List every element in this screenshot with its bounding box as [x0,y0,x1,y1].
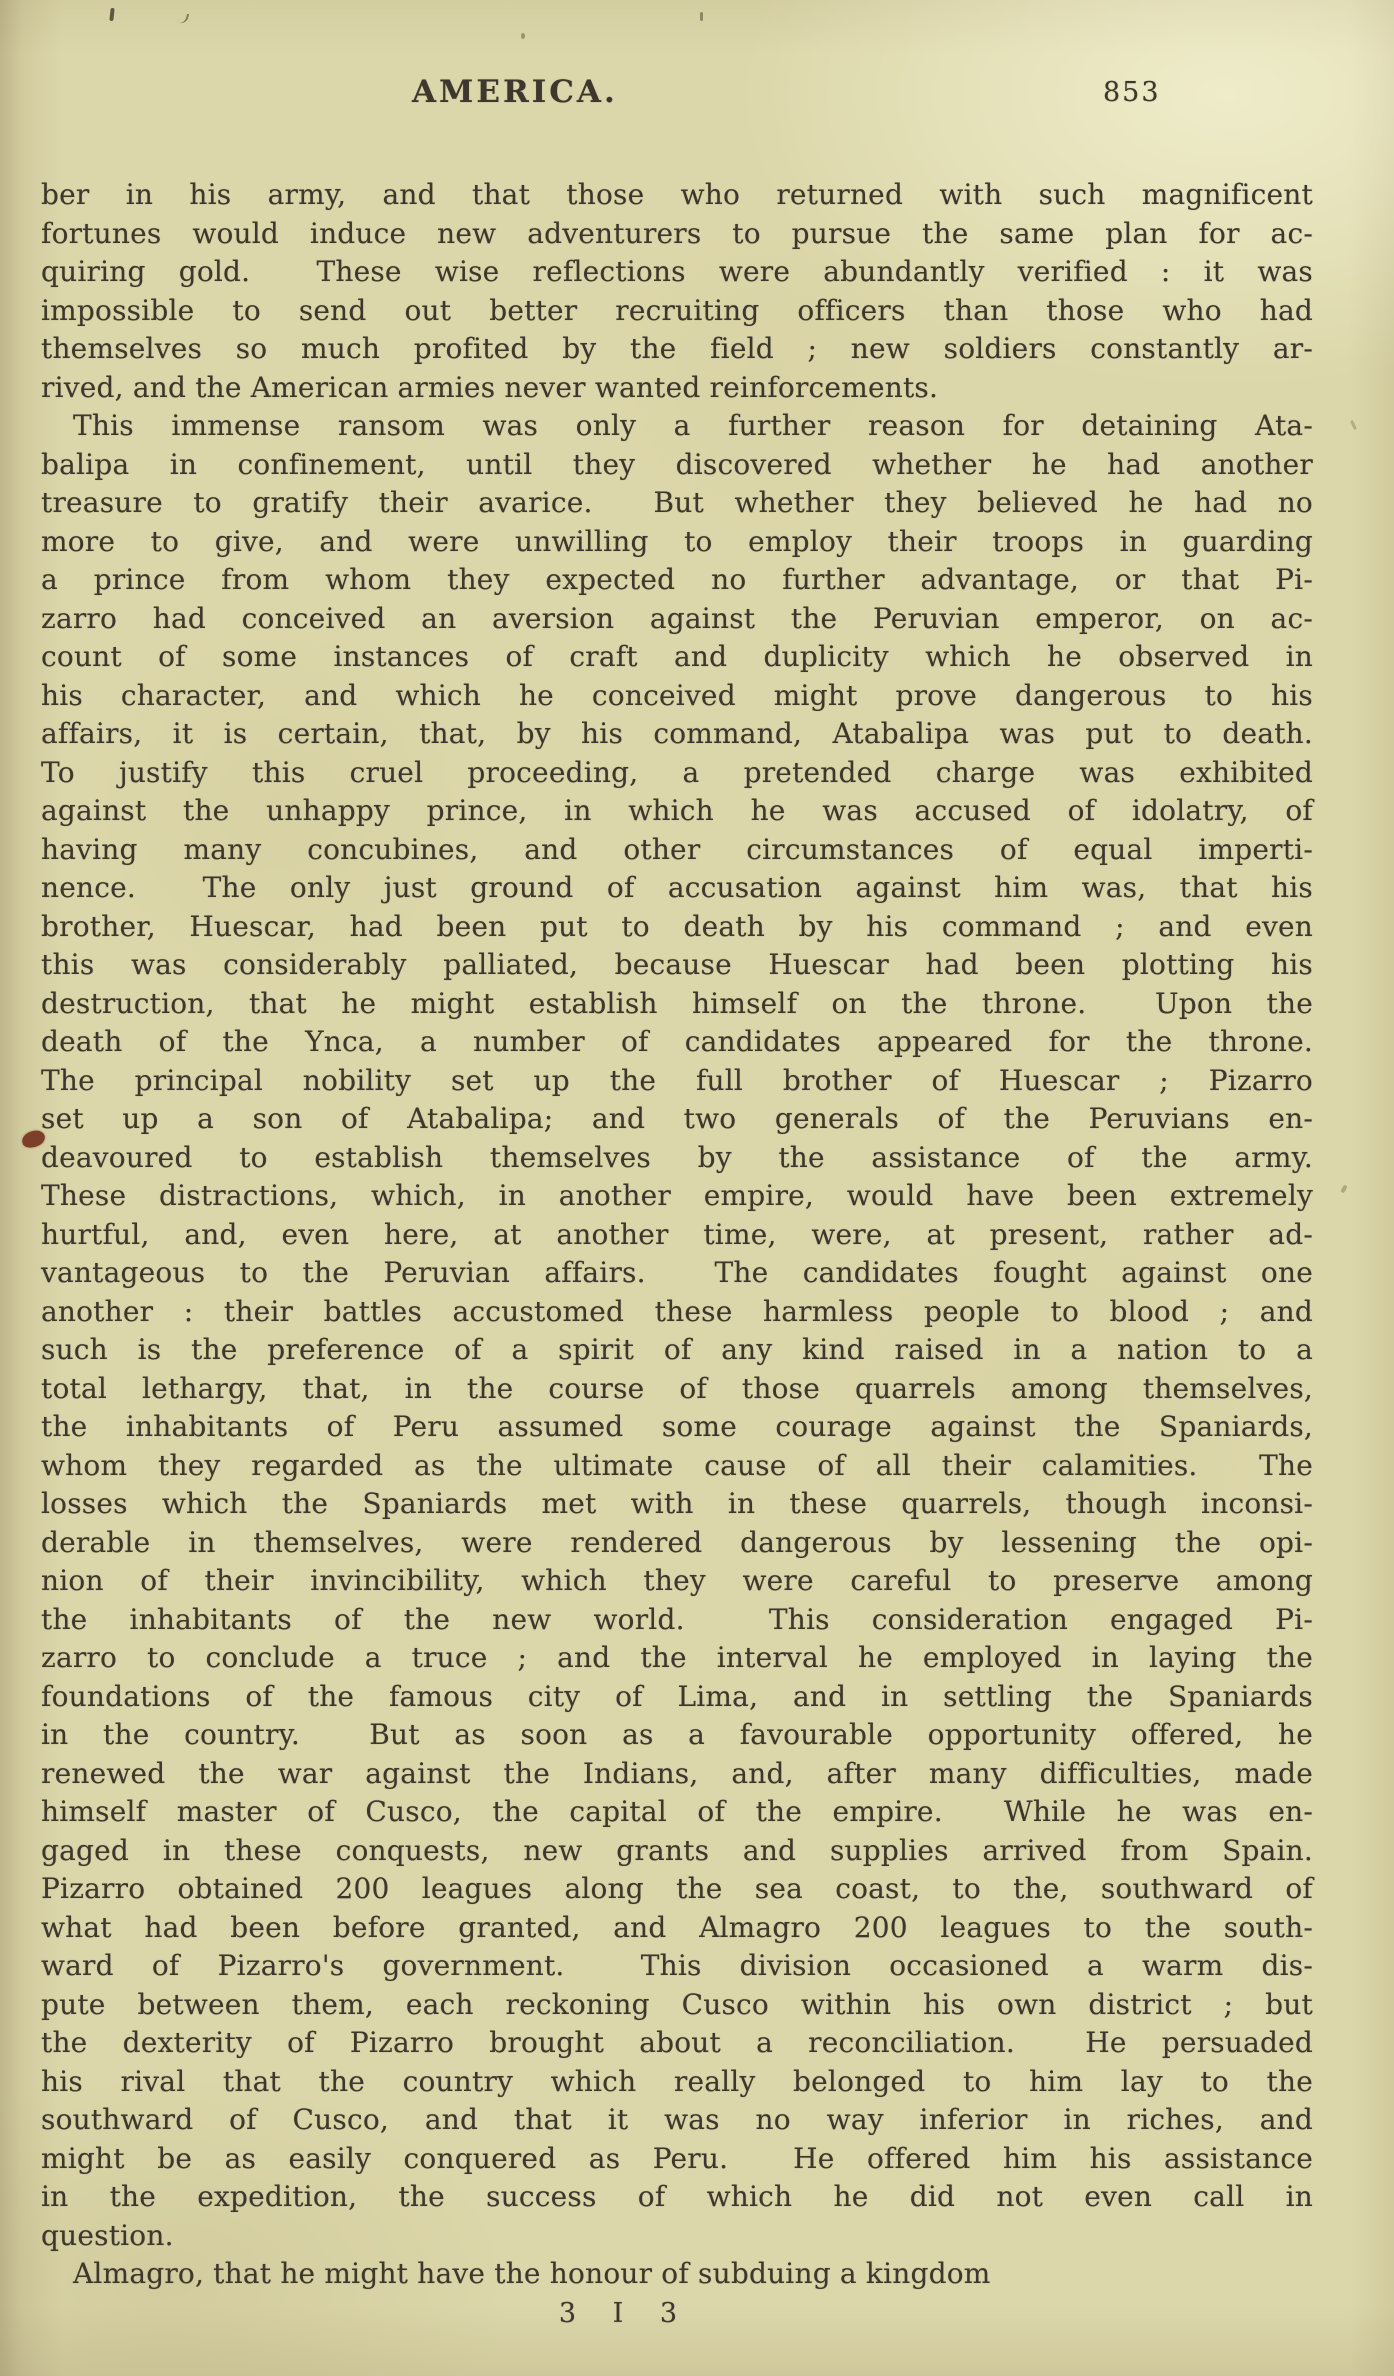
text-line: southward of Cusco, and that it was no w… [41,2101,1313,2140]
text-line: gaged in these conquests, new grants and… [41,1832,1313,1871]
scan-artifact-speck [521,33,525,39]
text-line: destruction, that he might establish him… [41,985,1313,1024]
text-line: Pizarro obtained 200 leagues along the s… [41,1870,1313,1909]
text-line: ber in his army, and that those who retu… [41,176,1313,215]
text-line: affairs, it is certain, that, by his com… [41,715,1313,754]
paragraph: Almagro, that he might have the honour o… [41,2255,1313,2294]
text-line: zarro had conceived an aversion against … [41,600,1313,639]
text-line: This immense ransom was only a further r… [41,407,1313,446]
text-line: rived, and the American armies never wan… [41,369,1313,408]
text-line: whom they regarded as the ultimate cause… [41,1447,1313,1486]
scan-artifact-speck [700,12,703,21]
text-line: zarro to conclude a truce ; and the inte… [41,1639,1313,1678]
text-line: the dexterity of Pizarro brought about a… [41,2024,1313,2063]
text-line: derable in themselves, were rendered dan… [41,1524,1313,1563]
page-number: 853 [1103,77,1161,108]
text-line: against the unhappy prince, in which he … [41,792,1313,831]
text-line: deavoured to establish themselves by the… [41,1139,1313,1178]
text-line: such is the preference of a spirit of an… [41,1331,1313,1370]
paragraph: This immense ransom was only a further r… [41,407,1313,2255]
text-block: ber in his army, and that those who retu… [41,176,1313,2294]
text-line: themselves so much profited by the field… [41,330,1313,369]
text-line: These distractions, which, in another em… [41,1177,1313,1216]
text-line: ward of Pizarro's government. This divis… [41,1947,1313,1986]
text-line: Almagro, that he might have the honour o… [41,2255,1313,2294]
text-line: more to give, and were unwilling to empl… [41,523,1313,562]
scan-artifact-speck [1340,1185,1347,1194]
text-line: question. [41,2217,1313,2256]
text-line: set up a son of Atabalipa; and two gener… [41,1100,1313,1139]
text-line: To justify this cruel proceeding, a pret… [41,754,1313,793]
running-head: AMERICA. 853 [0,0,1394,130]
text-line: what had been before granted, and Almagr… [41,1909,1313,1948]
text-line: in the country. But as soon as a favoura… [41,1716,1313,1755]
text-line: death of the Ynca, a number of candidate… [41,1023,1313,1062]
text-line: brother, Huescar, had been put to death … [41,908,1313,947]
text-line: treasure to gratify their avarice. But w… [41,484,1313,523]
text-line: impossible to send out better recruiting… [41,292,1313,331]
paragraph: ber in his army, and that those who retu… [41,176,1313,407]
text-line: hurtful, and, even here, at another time… [41,1216,1313,1255]
text-line: a prince from whom they expected no furt… [41,561,1313,600]
scan-artifact-speck [1350,420,1357,430]
text-line: his character, and which he conceived mi… [41,677,1313,716]
text-line: fortunes would induce new adventurers to… [41,215,1313,254]
text-line: vantageous to the Peruvian affairs. The … [41,1254,1313,1293]
text-line: the inhabitants of Peru assumed some cou… [41,1408,1313,1447]
running-head-title: AMERICA. [412,74,618,110]
text-line: quiring gold. These wise reflections wer… [41,253,1313,292]
text-line: balipa in confinement, until they discov… [41,446,1313,485]
book-page: AMERICA. 853 ber in his army, and that t… [0,0,1394,2376]
text-line: in the expedition, the success of which … [41,2178,1313,2217]
text-line: nion of their invincibility, which they … [41,1562,1313,1601]
text-line: nence. The only just ground of accusatio… [41,869,1313,908]
text-line: total lethargy, that, in the course of t… [41,1370,1313,1409]
text-line: renewed the war against the Indians, and… [41,1755,1313,1794]
text-line: pute between them, each reckoning Cusco … [41,1986,1313,2025]
text-line: another : their battles accustomed these… [41,1293,1313,1332]
text-line: losses which the Spaniards met with in t… [41,1485,1313,1524]
text-line: The principal nobility set up the full b… [41,1062,1313,1101]
text-line: having many concubines, and other circum… [41,831,1313,870]
text-line: himself master of Cusco, the capital of … [41,1793,1313,1832]
text-line: foundations of the famous city of Lima, … [41,1678,1313,1717]
signature-mark: 3 I 3 [0,2298,1250,2329]
text-line: count of some instances of craft and dup… [41,638,1313,677]
text-line: the inhabitants of the new world. This c… [41,1601,1313,1640]
text-line: his rival that the country which really … [41,2063,1313,2102]
text-line: might be as easily conquered as Peru. He… [41,2140,1313,2179]
text-line: this was considerably palliated, because… [41,946,1313,985]
